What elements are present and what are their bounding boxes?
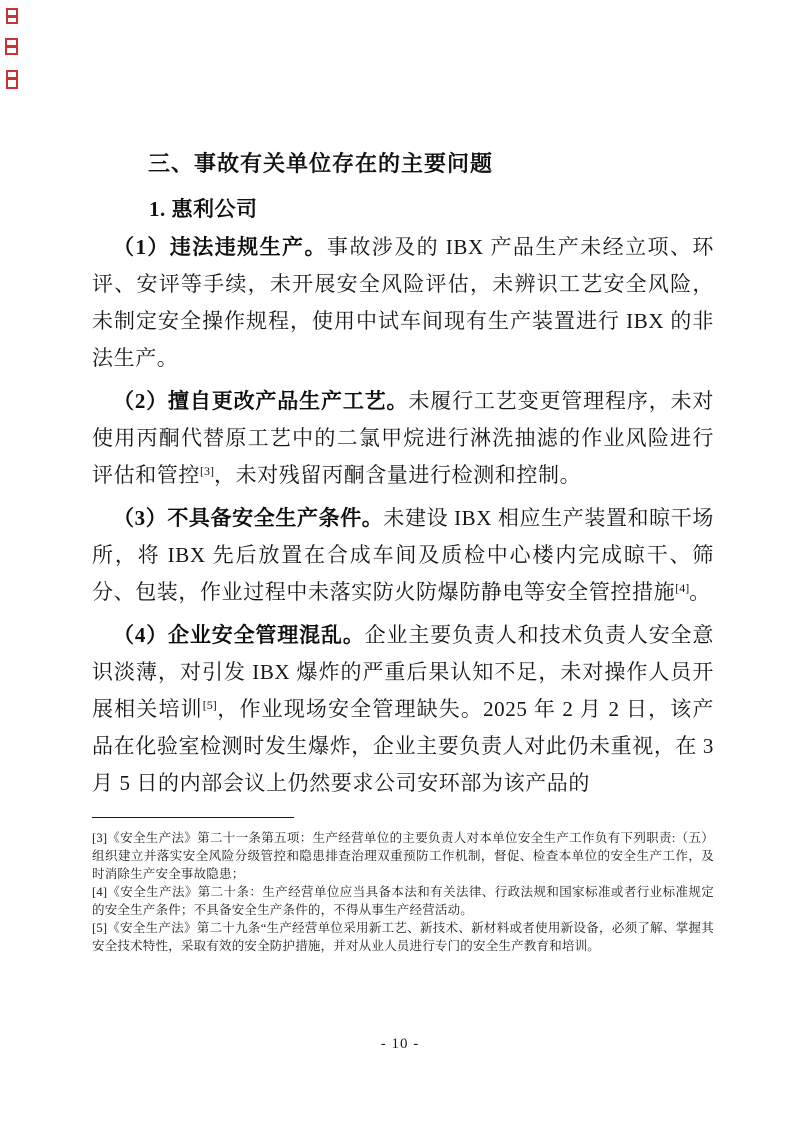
footnote-separator [92,817,294,818]
footnote-reference: [4] [675,581,689,595]
paragraph: （3）不具备安全生产条件。未建设 IBX 相应生产装置和晾干场所，将 IBX 先… [92,500,714,611]
footnote-item: [5]《安全生产法》第二十九条“生产经营单位采用新工艺、新技术、新材料或者使用新… [92,919,714,955]
section-heading: 三、事故有关单位存在的主要问题 [92,150,714,180]
paragraph-lead: （4）企业安全管理混乱。 [113,623,365,647]
paragraph: （1）违法违规生产。事故涉及的 IBX 产品生产未经立项、环评、安评等手续，未开… [92,229,714,377]
red-annotation-mark [5,38,18,55]
document-page: { "document": { "section_heading": "三、事故… [0,0,800,1131]
footnote-item: [3]《安全生产法》第二十一条第五项：生产经营单位的主要负责人对本单位安全生产工… [92,829,714,883]
page-number: - 10 - [0,1036,800,1053]
company-subheading: 1. 惠利公司 [92,194,714,224]
footnote-item: [4]《安全生产法》第二十条：生产经营单位应当具备本法和有关法律、行政法规和国家… [92,883,714,919]
paragraph: （2）擅自更改产品生产工艺。未履行工艺变更管理程序，未对使用丙酮代替原工艺中的二… [92,383,714,494]
footnote-reference: [3] [200,464,214,478]
footnote-reference: [5] [203,698,217,712]
red-annotation-mark [6,8,18,24]
red-annotation-mark [6,70,18,89]
paragraph-lead: （1）违法违规生产。 [113,235,327,259]
paragraph-text: ，未对残留丙酮含量进行检测和控制。 [214,463,581,487]
paragraph-lead: （3）不具备安全生产条件。 [113,506,383,530]
paragraph: （4）企业安全管理混乱。企业主要负责人和技术负责人安全意识淡薄，对引发 IBX … [92,617,714,802]
paragraph-text: 。 [689,580,711,604]
body-paragraphs: （1）违法违规生产。事故涉及的 IBX 产品生产未经立项、环评、安评等手续，未开… [92,229,714,802]
page-content: 三、事故有关单位存在的主要问题 1. 惠利公司 （1）违法违规生产。事故涉及的 … [0,0,800,955]
paragraph-lead: （2）擅自更改产品生产工艺。 [113,389,408,413]
footnotes-section: [3]《安全生产法》第二十一条第五项：生产经营单位的主要负责人对本单位安全生产工… [92,829,714,955]
